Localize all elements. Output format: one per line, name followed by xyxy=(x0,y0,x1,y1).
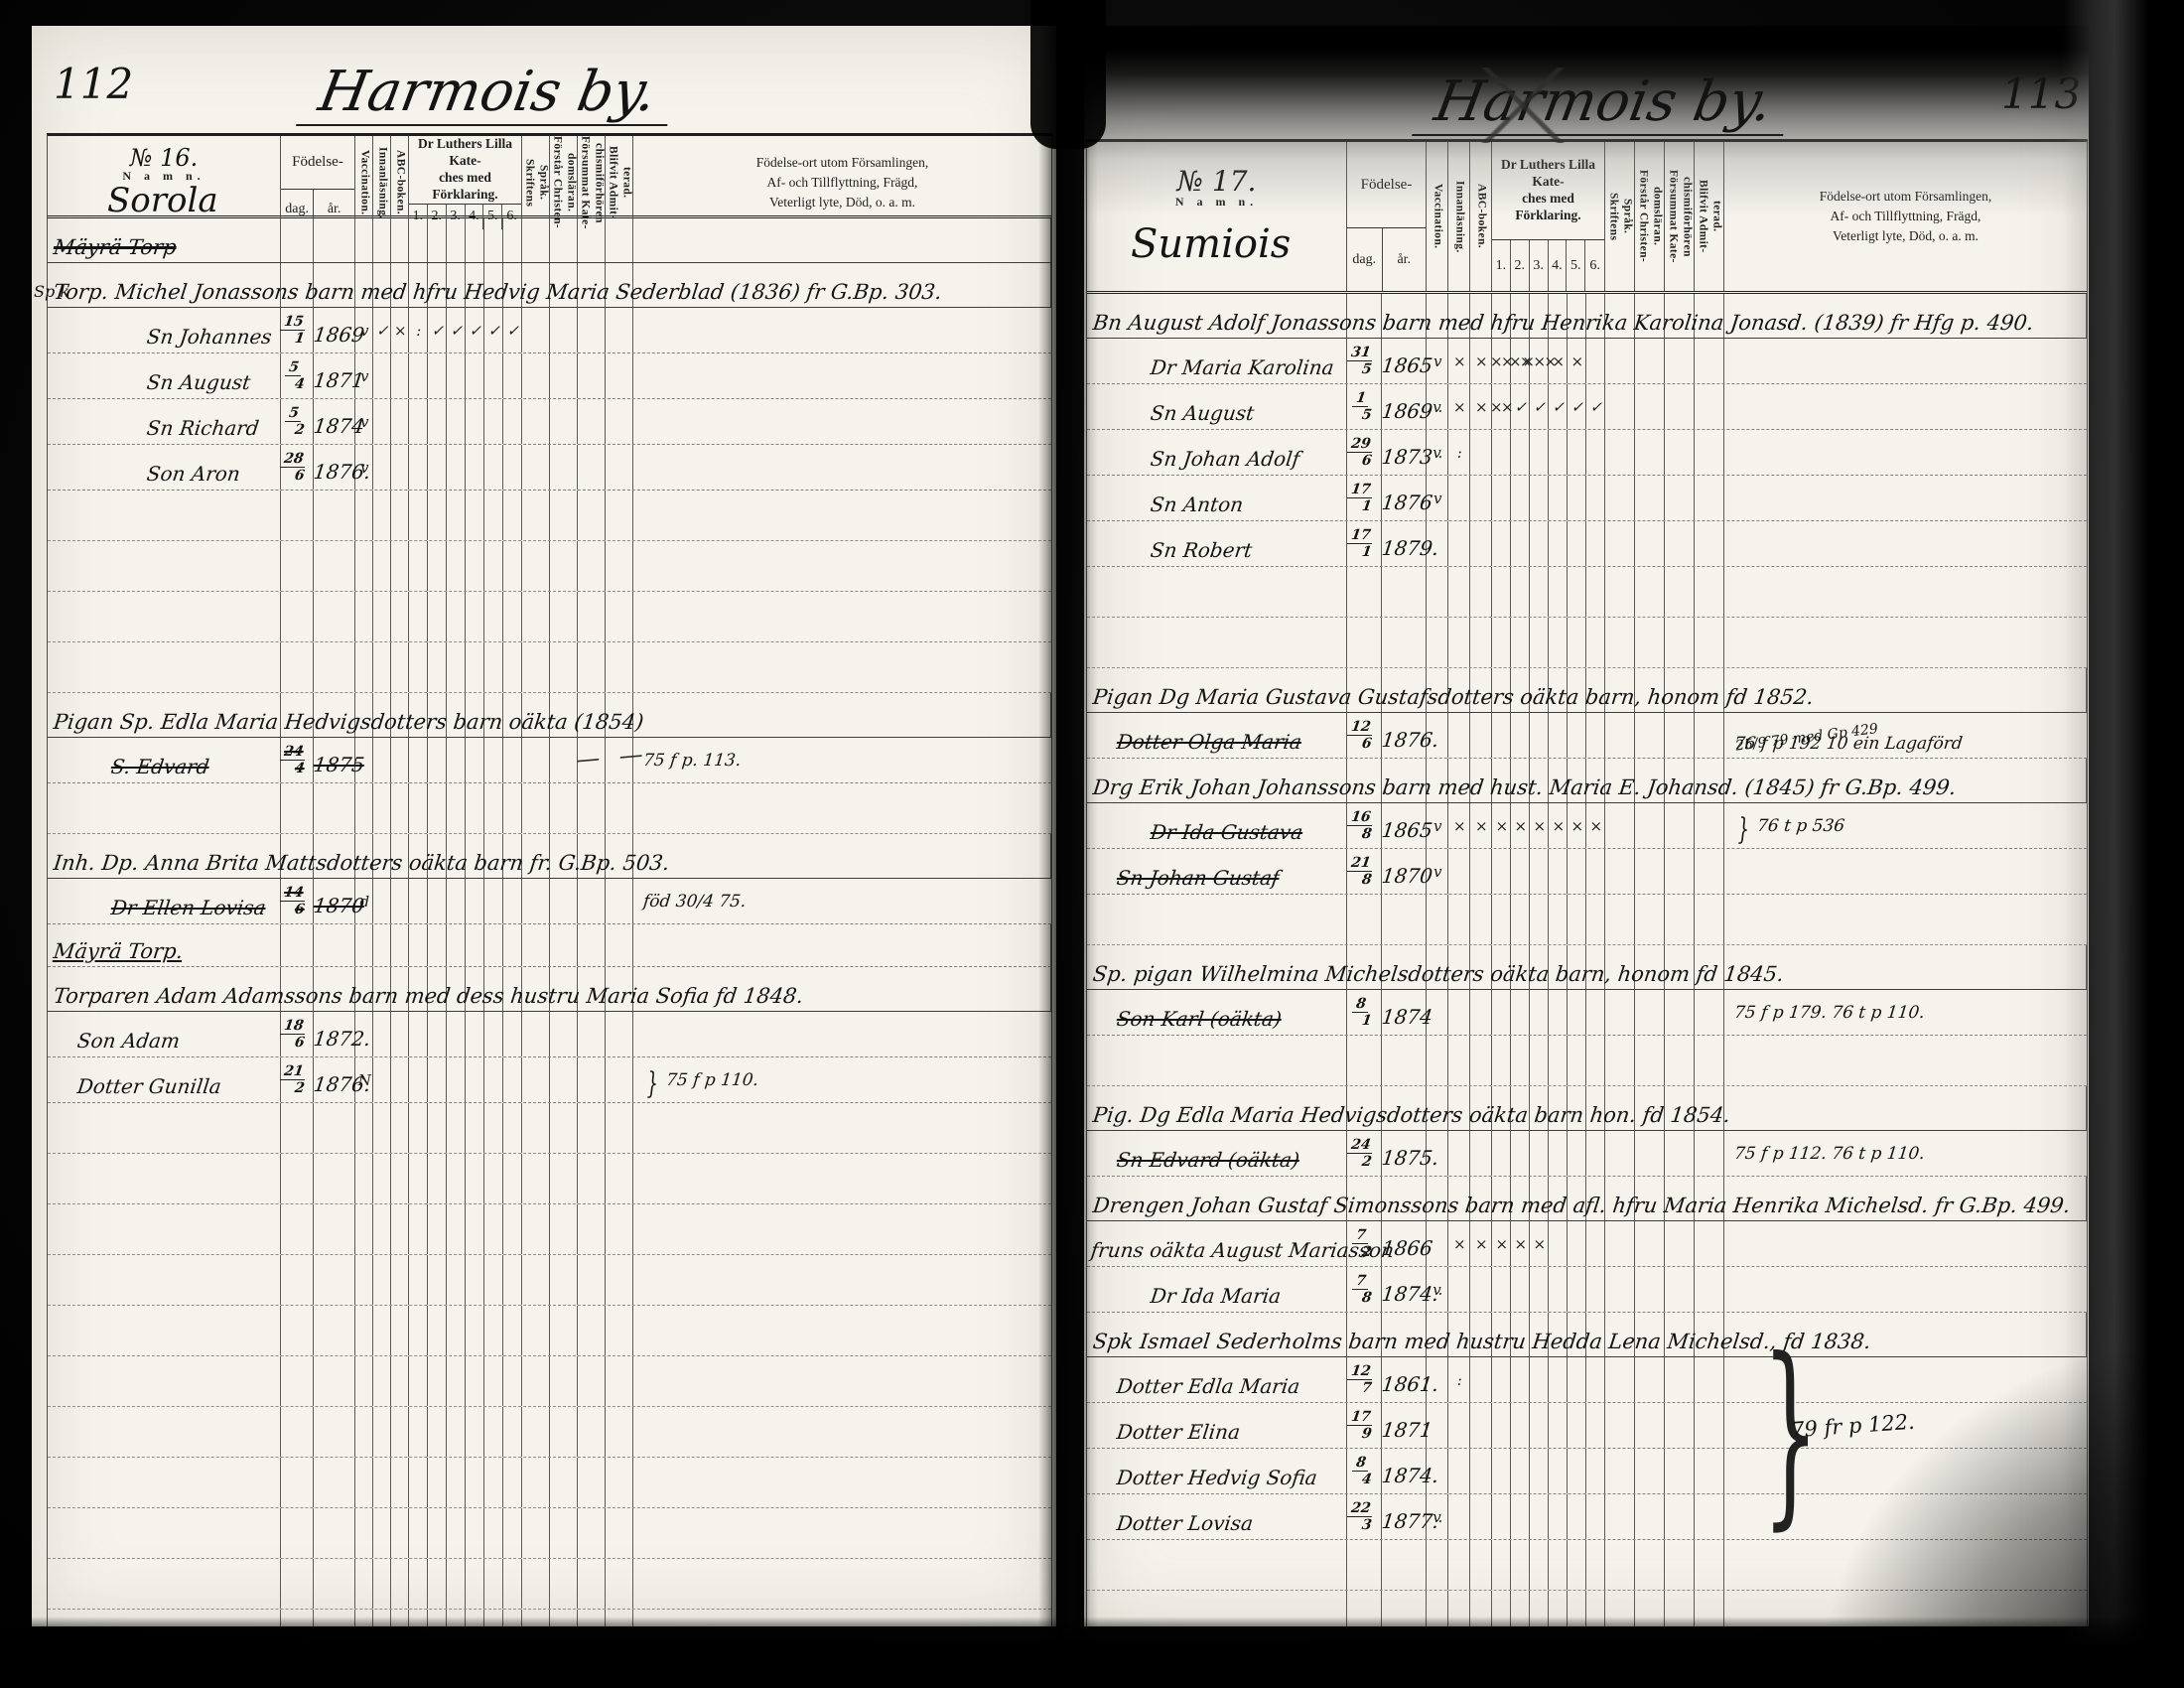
birth-day: 81 xyxy=(1356,997,1372,1028)
vaccination-column-header: Vaccination. xyxy=(1427,142,1448,291)
book-gutter-shadow-top xyxy=(1030,0,1106,149)
record-row: Sn Robert1711879. xyxy=(1087,521,2087,567)
missed-examination-column-header: Försummat Kate- chismiförhören xyxy=(1665,142,1695,291)
name-column-header: № 17. N a m n. Sumiois xyxy=(1087,142,1347,291)
mark: ✓ xyxy=(1570,398,1581,416)
record-row: Dr Ida Gustava1681865v××××××××76 t p 536 xyxy=(1087,803,2087,849)
birth-day: 179 xyxy=(1351,1410,1376,1441)
birth-day: 146 xyxy=(284,886,309,916)
catechism-subcolumns: 1.2.3.4.5.6. xyxy=(1492,239,1604,291)
mark: × xyxy=(1552,817,1563,835)
family-row: Pig. Dg Edla Maria Hedvigsdotters oäkta … xyxy=(1087,1086,2087,1131)
person-name: Dotter Lovisa xyxy=(1116,1511,1255,1535)
record-row: Sn Johannes1511869v✓×:✓✓✓✓✓ xyxy=(48,308,1051,353)
record-row: Son Aron2861876.v xyxy=(48,445,1051,491)
family-entry-text: Drg Erik Johan Johanssons barn med hust.… xyxy=(1092,775,1958,799)
mark: ×× xyxy=(1490,398,1512,416)
blank-row xyxy=(48,1407,1051,1458)
mark: ✓ xyxy=(1552,398,1563,416)
mark: × xyxy=(394,322,405,340)
table-header: № 17. N a m n. Sumiois Födelse- dag. år.… xyxy=(1087,142,2087,294)
blank-row xyxy=(48,1508,1051,1559)
blank-row xyxy=(1087,1036,2087,1086)
page-title: Harmois by. xyxy=(296,60,679,126)
record-row: Sn Richard521874v xyxy=(48,399,1051,445)
blank-row xyxy=(48,491,1051,541)
blank-row xyxy=(48,1103,1051,1154)
mark: d xyxy=(359,893,367,911)
birth-day: 244 xyxy=(284,745,309,775)
birth-day: 54 xyxy=(289,360,305,391)
mark: × xyxy=(1570,352,1581,370)
mark: ✓ xyxy=(431,322,442,340)
birth-day: 171 xyxy=(1351,528,1376,559)
catechism-subcolumn-label: 6. xyxy=(1585,240,1604,291)
family-row: Inh. Dp. Anna Brita Mattsdotters oäkta b… xyxy=(48,834,1051,879)
reading-column-header: Innanläsning. xyxy=(1448,142,1470,291)
mark: × xyxy=(1533,817,1544,835)
family-row: Mäyrä Torp xyxy=(48,218,1051,263)
family-entry-text: Pig. Dg Edla Maria Hedvigsdotters oäkta … xyxy=(1092,1103,1732,1127)
script-language-column-header: Skriftens Språk. xyxy=(1605,142,1635,291)
mark: : xyxy=(1457,1371,1461,1389)
mark: v xyxy=(360,459,367,477)
village-name: Sumiois xyxy=(1087,223,1291,265)
admitted-column-header: Blifvit Admit- terad. xyxy=(1695,142,1724,291)
mark: v xyxy=(360,413,367,431)
record-row: Dr Ida Maria781874.v. xyxy=(1087,1267,2087,1313)
birth-day: 242 xyxy=(1351,1138,1376,1169)
blank-row xyxy=(48,1306,1051,1356)
mark: v. xyxy=(1433,444,1440,462)
record-row: Sn August541871v xyxy=(48,353,1051,399)
person-name: Dr Maria Karolina xyxy=(1150,355,1336,379)
person-name: Son Adam xyxy=(76,1029,182,1053)
record-row: Son Adam1861872. xyxy=(48,1012,1051,1057)
catechism-subcolumn-label: 5. xyxy=(1567,240,1585,291)
mark: × xyxy=(1453,352,1464,370)
person-name: fruns oäkta August Mariasson xyxy=(1090,1238,1396,1262)
record-row: Sn Anton1711876v xyxy=(1087,476,2087,521)
blank-row xyxy=(48,1356,1051,1407)
blank-row xyxy=(48,1154,1051,1204)
missed-examination-column-header: Försummat Kate- chismiförhören xyxy=(578,136,606,229)
mark: : xyxy=(1457,444,1461,462)
abc-book-column-header: ABC-boken. xyxy=(391,136,409,229)
blank-row xyxy=(48,1559,1051,1610)
birth-day: 15 xyxy=(1356,391,1372,422)
birth-day: 315 xyxy=(1351,346,1376,376)
reading-column-header: Innanläsning. xyxy=(373,136,391,229)
section-row: Mäyrä Torp. xyxy=(48,924,1051,967)
birth-day: 126 xyxy=(1351,720,1376,751)
record-row: fruns oäkta August Mariasson721866××××× xyxy=(1087,1221,2087,1267)
mark: × xyxy=(1533,1235,1544,1253)
blank-row xyxy=(48,1610,1051,1626)
mark: v xyxy=(1433,352,1440,370)
mark: v. xyxy=(1433,1508,1440,1526)
family-row: Spk Ismael Sederholms barn med hustru He… xyxy=(1087,1313,2087,1357)
blank-row xyxy=(48,1204,1051,1255)
mark: × xyxy=(1514,1235,1525,1253)
mark: × xyxy=(1495,817,1506,835)
person-name: Sn Richard xyxy=(146,416,261,440)
mark: × xyxy=(1495,1235,1506,1253)
mark: × xyxy=(1453,398,1464,416)
mark: × xyxy=(1453,1235,1464,1253)
birth-day: 212 xyxy=(284,1064,309,1095)
mark: ✓ xyxy=(469,322,479,340)
family-row: Sp. pigan Wilhelmina Michelsdotters oäkt… xyxy=(1087,945,2087,990)
record-row: Sn Edvard (oäkta)2421875.75 f p 112. 76 … xyxy=(1087,1131,2087,1177)
mark: × xyxy=(1570,817,1581,835)
blank-row xyxy=(48,642,1051,693)
family-entry-text: Pigan Sp. Edla Maria Hedvigsdotters barn… xyxy=(53,710,645,734)
abc-book-column-header: ABC-boken. xyxy=(1470,142,1492,291)
mark: v xyxy=(1433,863,1440,881)
mark: ✓ xyxy=(506,322,517,340)
person-name: Sn August xyxy=(1150,401,1256,425)
birth-day: 127 xyxy=(1351,1364,1376,1395)
record-row: Dr Maria Karolina3151865v××××××××××× xyxy=(1087,339,2087,384)
catechism-subcolumn-label: 2. xyxy=(1511,240,1530,291)
name-column-header: № 16. N a m n. Sorola xyxy=(48,136,281,229)
blank-row xyxy=(48,541,1051,592)
mark: ✓ xyxy=(487,322,498,340)
record-row: Dotter Edla Maria1271861.: xyxy=(1087,1357,2087,1403)
section-heading: Mäyrä Torp. xyxy=(53,939,185,963)
mark: v xyxy=(360,322,367,340)
birth-day: 84 xyxy=(1356,1456,1372,1486)
notes-column-header: Födelse-ort utom Församlingen, Af- och T… xyxy=(633,136,1051,229)
person-name: Sn Johannes xyxy=(146,325,274,349)
person-name: Sn Robert xyxy=(1150,538,1254,562)
mark: ✓ xyxy=(1589,398,1600,416)
script-language-column-header: Skriftens Språk. xyxy=(522,136,550,229)
register-table: № 17. N a m n. Sumiois Födelse- dag. år.… xyxy=(1086,139,2088,1626)
admitted-column-header: Blifvit Admit- terad. xyxy=(606,136,633,229)
catechism-subcolumn-label: 4. xyxy=(1549,240,1568,291)
family-entry-text: Torparen Adam Adamssons barn med dess hu… xyxy=(53,984,805,1008)
note-cell: 75 f p 179. 76 t p 110. xyxy=(1733,1003,2088,1023)
mark: ✓ xyxy=(1514,398,1525,416)
person-name: S. Edvard xyxy=(110,755,211,778)
birth-column-header: Födelse- dag. år. xyxy=(281,136,355,229)
scan-shadow-bottom xyxy=(0,1617,2184,1688)
birth-column-header: Födelse- dag. år. xyxy=(1347,142,1427,291)
name-label: N a m n. xyxy=(1175,196,1258,209)
mark: ✓ xyxy=(450,322,461,340)
blank-row xyxy=(48,783,1051,834)
mark: N xyxy=(358,1071,370,1089)
mark: × xyxy=(1475,398,1486,416)
page-title: Harmois by. xyxy=(1412,70,1795,136)
birth-year-label: år. xyxy=(1383,228,1426,291)
record-row: Dotter Elina1791871 xyxy=(1087,1403,2087,1449)
village-name: Sorola xyxy=(48,184,218,219)
birth-day: 186 xyxy=(284,1019,309,1050)
blank-row xyxy=(48,1458,1051,1508)
person-name: Son Karl (oäkta) xyxy=(1116,1007,1284,1031)
mark: v xyxy=(1433,490,1440,507)
family-row: Torp. Michel Jonassons barn med hfru Hed… xyxy=(48,263,1051,308)
page-112: 112 Harmois by. — — № 16. N a m n. Sorol… xyxy=(32,26,1056,1626)
family-entry-text: Torp. Michel Jonassons barn med hfru Hed… xyxy=(53,280,944,304)
family-entry-text: Inh. Dp. Anna Brita Mattsdotters oäkta b… xyxy=(53,851,671,875)
record-row: S. Edvard244187575 f p. 113. xyxy=(48,738,1051,783)
record-row: Dotter Gunilla2121876.N75 f p 110. xyxy=(48,1057,1051,1103)
page-113: 113 Harmois by. № 17. N a m n. Sumiois F… xyxy=(1084,26,2089,1626)
record-row: Son Karl (oäkta)81187475 f p 179. 76 t p… xyxy=(1087,990,2087,1036)
entry-number: № 16. xyxy=(130,146,199,170)
mark: v xyxy=(1433,817,1440,835)
person-name: Dr Ida Maria xyxy=(1150,1284,1283,1308)
table-body: Bn August Adolf Jonassons barn med hfru … xyxy=(1087,294,2087,1626)
person-name: Sn Edvard (oäkta) xyxy=(1116,1148,1301,1172)
vaccination-column-header: Vaccination. xyxy=(355,136,373,229)
table-body: Mäyrä TorpTorp. Michel Jonassons barn me… xyxy=(48,218,1051,1626)
person-name: Dotter Hedvig Sofia xyxy=(1116,1466,1319,1489)
note-cell: 76 f p 192 10 ein Lagaförd xyxy=(1733,734,2088,754)
blank-row xyxy=(1087,618,2087,668)
catechism-subcolumn-label: 3. xyxy=(1530,240,1549,291)
mark: : xyxy=(416,322,420,340)
family-row: Drengen Johan Gustaf Simonssons barn med… xyxy=(1087,1177,2087,1221)
note-cell: 75 f p 110. xyxy=(642,1070,1052,1090)
note-cell: 76 t p 536 xyxy=(1733,816,2088,836)
mark: × xyxy=(1589,817,1600,835)
family-entry-text: Sp. pigan Wilhelmina Michelsdotters oäkt… xyxy=(1092,962,1786,986)
person-name: Sn Johan Adolf xyxy=(1150,447,1301,471)
catechism-column-header: Dr Luthers Lilla Kate- ches med Förklari… xyxy=(409,136,522,229)
family-row: Torparen Adam Adamssons barn med dess hu… xyxy=(48,967,1051,1012)
page-number: 112 xyxy=(54,60,133,108)
birth-day: 151 xyxy=(284,315,309,346)
catechism-subcolumn-label: 1. xyxy=(1492,240,1511,291)
family-entry-text: Spk Ismael Sederholms barn med hustru He… xyxy=(1092,1330,1872,1353)
birth-day: 78 xyxy=(1356,1274,1372,1305)
family-row: Bn August Adolf Jonassons barn med hfru … xyxy=(1087,294,2087,339)
note-cell: 75 f p 112. 76 t p 110. xyxy=(1733,1144,2088,1164)
record-row: Dotter Hedvig Sofia841874. xyxy=(1087,1449,2087,1494)
blank-row xyxy=(48,1255,1051,1306)
birth-day: 218 xyxy=(1351,856,1376,887)
family-entry-text: Bn August Adolf Jonassons barn med hfru … xyxy=(1092,311,2035,335)
register-table: № 16. N a m n. Sorola Födelse- dag. år. … xyxy=(47,133,1052,1626)
family-row: Drg Erik Johan Johanssons barn med hust.… xyxy=(1087,759,2087,803)
person-name: Sn Johan Gustaf xyxy=(1116,866,1281,890)
record-row: Dotter Olga Maria1261876.25/9 79 med Gp … xyxy=(1087,713,2087,759)
mark: v. xyxy=(1433,1281,1440,1299)
mark: v. xyxy=(1433,398,1440,416)
mark: × xyxy=(1475,817,1486,835)
scanned-parish-register-spread: 112 Harmois by. — — № 16. N a m n. Sorol… xyxy=(0,0,2184,1688)
person-name: Dotter Edla Maria xyxy=(1116,1374,1301,1398)
blank-row xyxy=(1087,1591,2087,1626)
record-row: Dr Ellen Lovisa1461870dföd 30/4 75. xyxy=(48,879,1051,924)
blank-row xyxy=(1087,1540,2087,1591)
record-row: Sn Johan Gustaf2181870v xyxy=(1087,849,2087,895)
family-entry-text: Mäyrä Torp xyxy=(53,235,179,259)
blank-row xyxy=(48,592,1051,642)
person-name: Dr Ida Gustava xyxy=(1150,820,1304,844)
mark: v xyxy=(360,367,367,385)
person-name: Dotter Elina xyxy=(1116,1420,1242,1444)
margin-annotation: Sp k xyxy=(34,282,69,301)
record-row: Sn Johan Adolf2961873v.: xyxy=(1087,430,2087,476)
blank-row xyxy=(1087,895,2087,945)
mark: × xyxy=(1552,352,1563,370)
birth-day-label: dag. xyxy=(1347,228,1383,291)
note-cell: föd 30/4 75. xyxy=(642,892,1052,912)
mark: × xyxy=(1453,817,1464,835)
birth-day: 286 xyxy=(284,452,309,483)
birth-day: 168 xyxy=(1351,810,1376,841)
page-number: 113 xyxy=(2001,70,2081,118)
notes-column-header: Födelse-ort utom Församlingen, Af- och T… xyxy=(1724,142,2087,291)
mark: × xyxy=(1475,352,1486,370)
catechism-column-header: Dr Luthers Lilla Kate- ches med Förklari… xyxy=(1492,142,1605,291)
birth-day: 171 xyxy=(1351,483,1376,513)
mark: × xyxy=(1514,817,1525,835)
person-name: Dotter Olga Maria xyxy=(1116,730,1303,754)
birth-day: 296 xyxy=(1351,437,1376,468)
person-name: Dr Ellen Lovisa xyxy=(110,896,268,919)
record-row: Sn August151869v.××××✓✓✓✓✓ xyxy=(1087,384,2087,430)
blank-row xyxy=(1087,567,2087,618)
understands-doctrine-column-header: Förstår Christen- domsläran. xyxy=(1635,142,1665,291)
person-name: Dotter Gunilla xyxy=(76,1074,223,1098)
entry-number: № 17. xyxy=(1177,168,1257,196)
person-name: Sn August xyxy=(146,370,252,394)
family-entry-text: Pigan Dg Maria Gustava Gustafsdotters oä… xyxy=(1092,685,1816,709)
title-strike-mark xyxy=(1473,68,1572,143)
birth-day: 223 xyxy=(1351,1501,1376,1532)
person-name: Sn Anton xyxy=(1150,492,1245,516)
mark: × xyxy=(1475,1235,1486,1253)
person-name: Son Aron xyxy=(146,462,242,486)
note-cell: 75 f p. 113. xyxy=(642,751,1052,771)
mark: ✓ xyxy=(1533,398,1544,416)
mark: ✓ xyxy=(376,322,387,340)
understands-doctrine-column-header: Förstår Christen- domsläran. xyxy=(550,136,578,229)
record-row: Dotter Lovisa2231877.v. xyxy=(1087,1494,2087,1540)
family-entry-text: Drengen Johan Gustaf Simonssons barn med… xyxy=(1092,1194,2072,1217)
family-row: Pigan Sp. Edla Maria Hedvigsdotters barn… xyxy=(48,693,1051,738)
table-header: № 16. N a m n. Sorola Födelse- dag. år. … xyxy=(48,136,1051,218)
birth-day: 52 xyxy=(289,406,305,437)
family-row: Pigan Dg Maria Gustava Gustafsdotters oä… xyxy=(1087,668,2087,713)
